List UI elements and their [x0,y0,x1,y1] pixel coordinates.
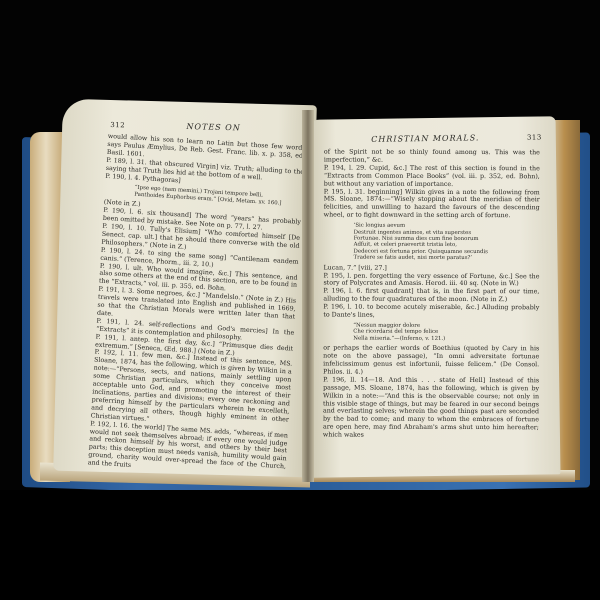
paragraph: or perhaps the earlier words of Boethius… [323,345,539,377]
paragraph: P. 196, l. 10. to become acutely miserab… [323,304,539,321]
verse-line: Nella miseria.”—(Inferno, v. 121.) [353,335,539,342]
left-page-header: 312 NOTES ON [110,120,302,134]
paragraph: of the Spirit not be so thinly found amo… [324,149,540,166]
paragraph: P. 196, l. 6. first quadrant] that is, i… [323,288,539,305]
paragraph: P. 192, l. 11. few men, &c.] Instead of … [90,349,292,432]
paragraph: P. 196, ll. 14—18. And this . . . state … [323,376,539,440]
verse-line: Tradere se fatis audet, nisi morte parat… [354,255,540,262]
running-title: NOTES ON [186,122,241,132]
right-page-header: CHRISTIAN MORALS. 313 [324,132,542,144]
left-page: 312 NOTES ON would allow his son to lear… [53,99,317,478]
right-page: CHRISTIAN MORALS. 313 of the Spirit not … [306,116,561,477]
paragraph: P. 194, l. 29. Cupid, &c.] The rest of t… [324,164,540,188]
verse-quote: “Nessun maggior dolore Che ricordarsi de… [353,323,539,343]
page-number: 313 [527,133,542,141]
photo-background: 312 NOTES ON would allow his son to lear… [0,0,600,600]
book-gutter [302,110,314,482]
paragraph: P. 195, l. pen. forgetting the very esse… [323,272,539,289]
paragraph: P. 195, l. 31. beginning] Wilkin gives i… [324,188,540,220]
right-page-text: of the Spirit not be so thinly found amo… [323,149,540,441]
left-page-text: would allow his son to learn no Latin bu… [88,133,306,477]
verse-quote: ‘Sic longius aevum Destruit ingentes ani… [354,223,540,262]
running-title: CHRISTIAN MORALS. [371,133,479,144]
page-number: 312 [110,121,125,129]
table-shadow [0,490,600,600]
